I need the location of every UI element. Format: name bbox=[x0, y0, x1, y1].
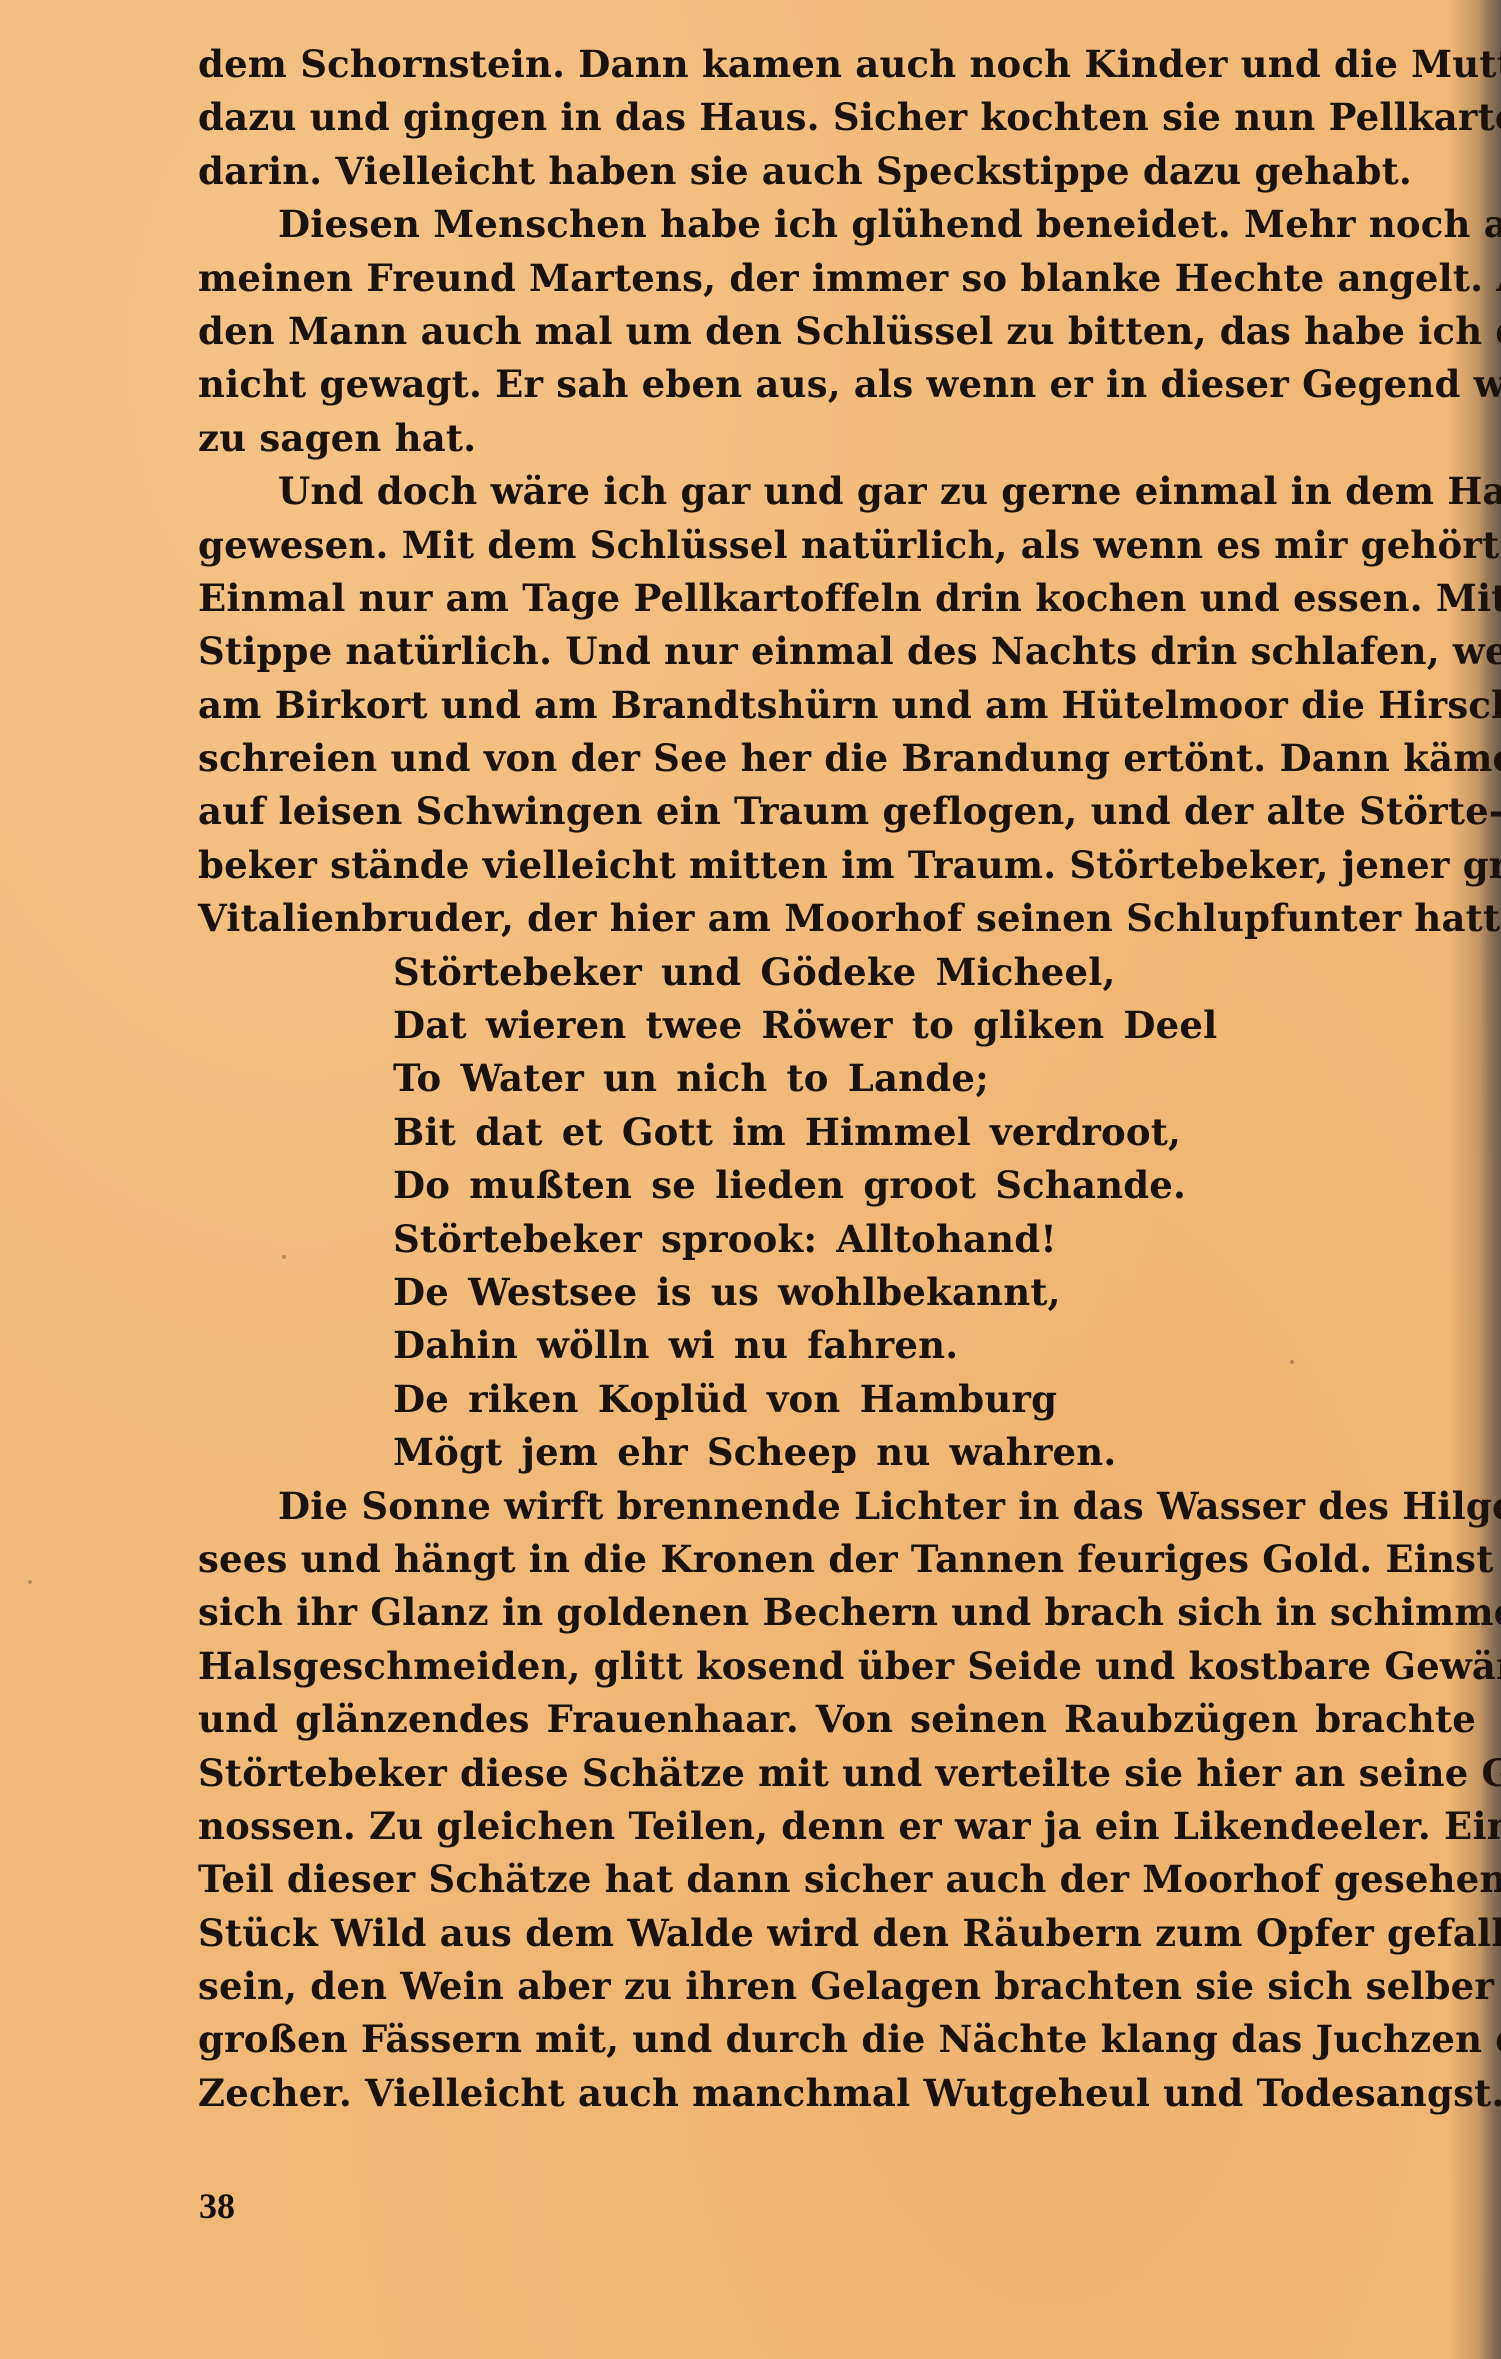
text-line: Diesen Menschen habe ich glühend beneide… bbox=[198, 198, 1476, 251]
text-line: Zecher. Vielleicht auch manchmal Wutgehe… bbox=[198, 2067, 1476, 2120]
text-line: Einmal nur am Tage Pellkartoffeln drin k… bbox=[198, 572, 1476, 625]
text-line: darin. Vielleicht haben sie auch Speckst… bbox=[198, 145, 1476, 198]
verse-line: Do mußten se lieden groot Schande. bbox=[198, 1159, 1476, 1212]
text-line: großen Fässern mit, und durch die Nächte… bbox=[198, 2013, 1476, 2066]
text-line: Teil dieser Schätze hat dann sicher auch… bbox=[198, 1853, 1476, 1906]
text-line: schreien und von der See her die Brandun… bbox=[198, 732, 1476, 785]
paragraph-2: Diesen Menschen habe ich glühend beneide… bbox=[198, 198, 1476, 465]
paper-speck bbox=[28, 1580, 32, 1584]
verse-block: Störtebeker und Gödeke Micheel, Dat wier… bbox=[198, 946, 1476, 1480]
verse-line: De riken Koplüd von Hamburg bbox=[198, 1373, 1476, 1426]
verse-line: Störtebeker und Gödeke Micheel, bbox=[198, 946, 1476, 999]
text-line: sein, den Wein aber zu ihren Gelagen bra… bbox=[198, 1960, 1476, 2013]
text-line: Halsgeschmeiden, glitt kosend über Seide… bbox=[198, 1640, 1476, 1693]
text-line: auf leisen Schwingen ein Traum geflogen,… bbox=[198, 785, 1476, 838]
text-line: beker stände vielleicht mitten im Traum.… bbox=[198, 839, 1476, 892]
paragraph-4: Die Sonne wirft brennende Lichter in das… bbox=[198, 1480, 1476, 2121]
verse-line: De Westsee is us wohlbekannt, bbox=[198, 1266, 1476, 1319]
text-line: am Birkort und am Brandtshürn und am Hüt… bbox=[198, 679, 1476, 732]
text-line: dem Schornstein. Dann kamen auch noch Ki… bbox=[198, 38, 1476, 91]
text-line: Die Sonne wirft brennende Lichter in das… bbox=[198, 1480, 1476, 1533]
verse-line: Störtebeker sprook: Alltohand! bbox=[198, 1213, 1476, 1266]
verse-line: Dahin wölln wi nu fahren. bbox=[198, 1319, 1476, 1372]
text-line: den Mann auch mal um den Schlüssel zu bi… bbox=[198, 305, 1476, 358]
text-line: Stippe natürlich. Und nur einmal des Nac… bbox=[198, 625, 1476, 678]
page-number: 38 bbox=[199, 2185, 235, 2227]
text-line: und glänzendes Frauenhaar. Von seinen Ra… bbox=[198, 1693, 1476, 1746]
text-line: Störtebeker diese Schätze mit und vertei… bbox=[198, 1747, 1476, 1800]
text-line: gewesen. Mit dem Schlüssel natürlich, al… bbox=[198, 519, 1476, 572]
text-line: sich ihr Glanz in goldenen Bechern und b… bbox=[198, 1586, 1476, 1639]
text-line: Vitalienbruder, der hier am Moorhof sein… bbox=[198, 892, 1476, 945]
text-line: zu sagen hat. bbox=[198, 412, 1476, 465]
paragraph-1: dem Schornstein. Dann kamen auch noch Ki… bbox=[198, 38, 1476, 198]
verse-line: Mögt jem ehr Scheep nu wahren. bbox=[198, 1426, 1476, 1479]
verse-line: To Water un nich to Lande; bbox=[198, 1052, 1476, 1105]
text-line: nossen. Zu gleichen Teilen, denn er war … bbox=[198, 1800, 1476, 1853]
verse-line: Bit dat et Gott im Himmel verdroot, bbox=[198, 1106, 1476, 1159]
text-line: Stück Wild aus dem Walde wird den Räuber… bbox=[198, 1907, 1476, 1960]
text-line: nicht gewagt. Er sah eben aus, als wenn … bbox=[198, 358, 1476, 411]
text-line: Und doch wäre ich gar und gar zu gerne e… bbox=[198, 465, 1476, 518]
text-line: dazu und gingen in das Haus. Sicher koch… bbox=[198, 91, 1476, 144]
verse-line: Dat wieren twee Röwer to gliken Deel bbox=[198, 999, 1476, 1052]
text-line: sees und hängt in die Kronen der Tannen … bbox=[198, 1533, 1476, 1586]
text-line: meinen Freund Martens, der immer so blan… bbox=[198, 252, 1476, 305]
page-body: dem Schornstein. Dann kamen auch noch Ki… bbox=[198, 38, 1476, 2120]
paragraph-3: Und doch wäre ich gar und gar zu gerne e… bbox=[198, 465, 1476, 946]
